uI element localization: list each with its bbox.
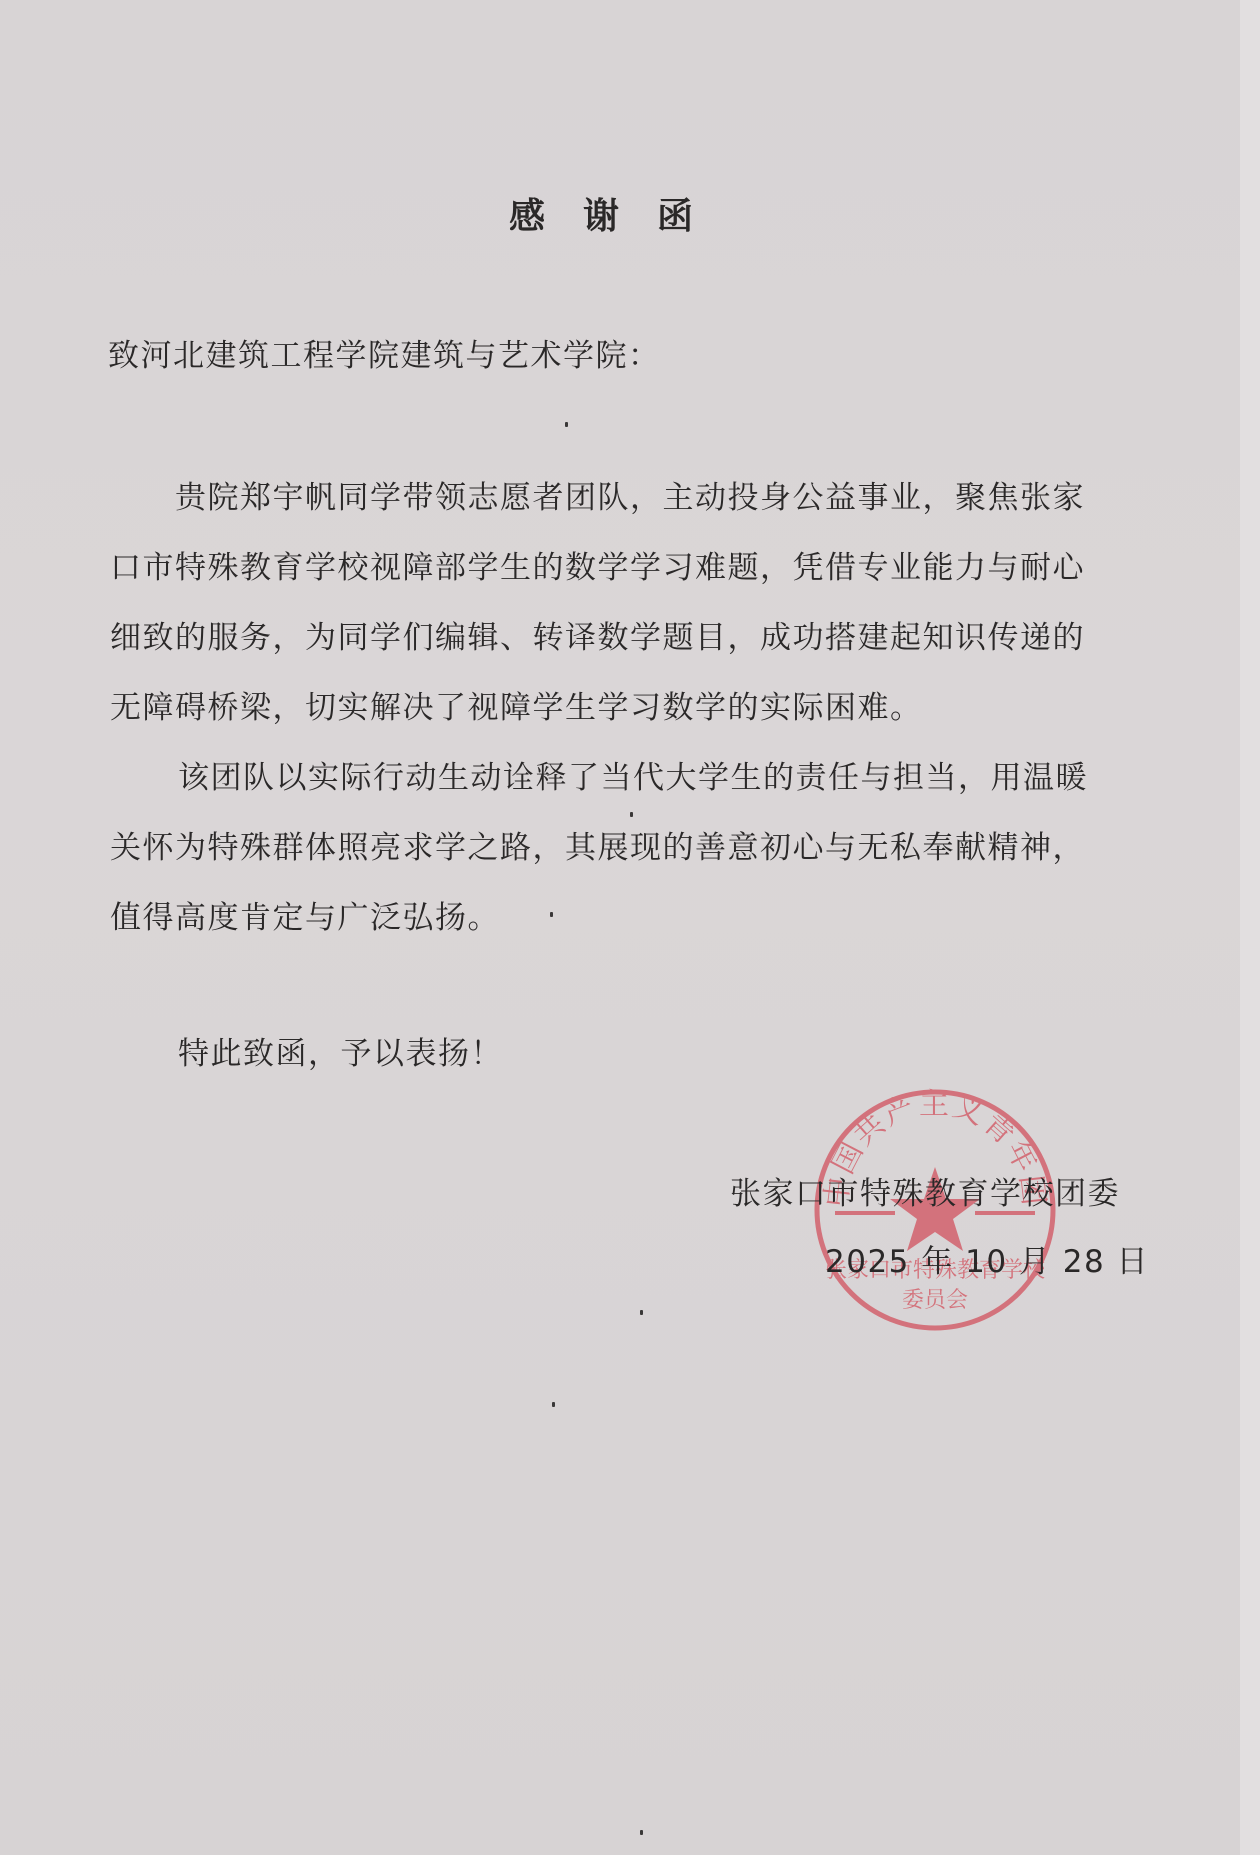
paper-speck <box>565 422 568 427</box>
paper-speck <box>640 1310 643 1315</box>
paragraph1-line3: 细致的服务，为同学们编辑、转译数学题目，成功搭建起知识传递的 <box>110 612 1085 657</box>
paragraph2-line3: 值得高度肯定与广泛弘扬。 <box>110 892 500 937</box>
paper-speck <box>550 912 553 917</box>
letter-date: 2025 年 10 月 28 日 <box>825 1236 1149 1281</box>
paragraph2-line2: 关怀为特殊群体照亮求学之路，其展现的善意初心与无私奉献精神， <box>110 822 1085 867</box>
closing-line: 特此致函，予以表扬！ <box>178 1028 503 1073</box>
paragraph2-line1: 该团队以实际行动生动诠释了当代大学生的责任与担当，用温暖 <box>178 752 1088 797</box>
seal-bottom-line2: 委员会 <box>902 1288 968 1313</box>
letter-title: 感谢函 <box>0 188 1240 239</box>
paragraph1-line2: 口市特殊教育学校视障部学生的数学学习难题，凭借专业能力与耐心 <box>110 542 1085 587</box>
salutation: 致河北建筑工程学院建筑与艺术学院： <box>108 330 661 375</box>
signature-organization: 张家口市特殊教育学校团委 <box>730 1168 1120 1213</box>
paper-speck <box>640 1830 643 1835</box>
paper-speck <box>552 1402 555 1407</box>
paragraph1-line1: 贵院郑宇帆同学带领志愿者团队，主动投身公益事业，聚焦张家 <box>175 472 1085 517</box>
paper-edge <box>1240 0 1260 1855</box>
paper-speck <box>630 812 633 817</box>
paragraph1-line4: 无障碍桥梁，切实解决了视障学生学习数学的实际困难。 <box>110 682 923 727</box>
